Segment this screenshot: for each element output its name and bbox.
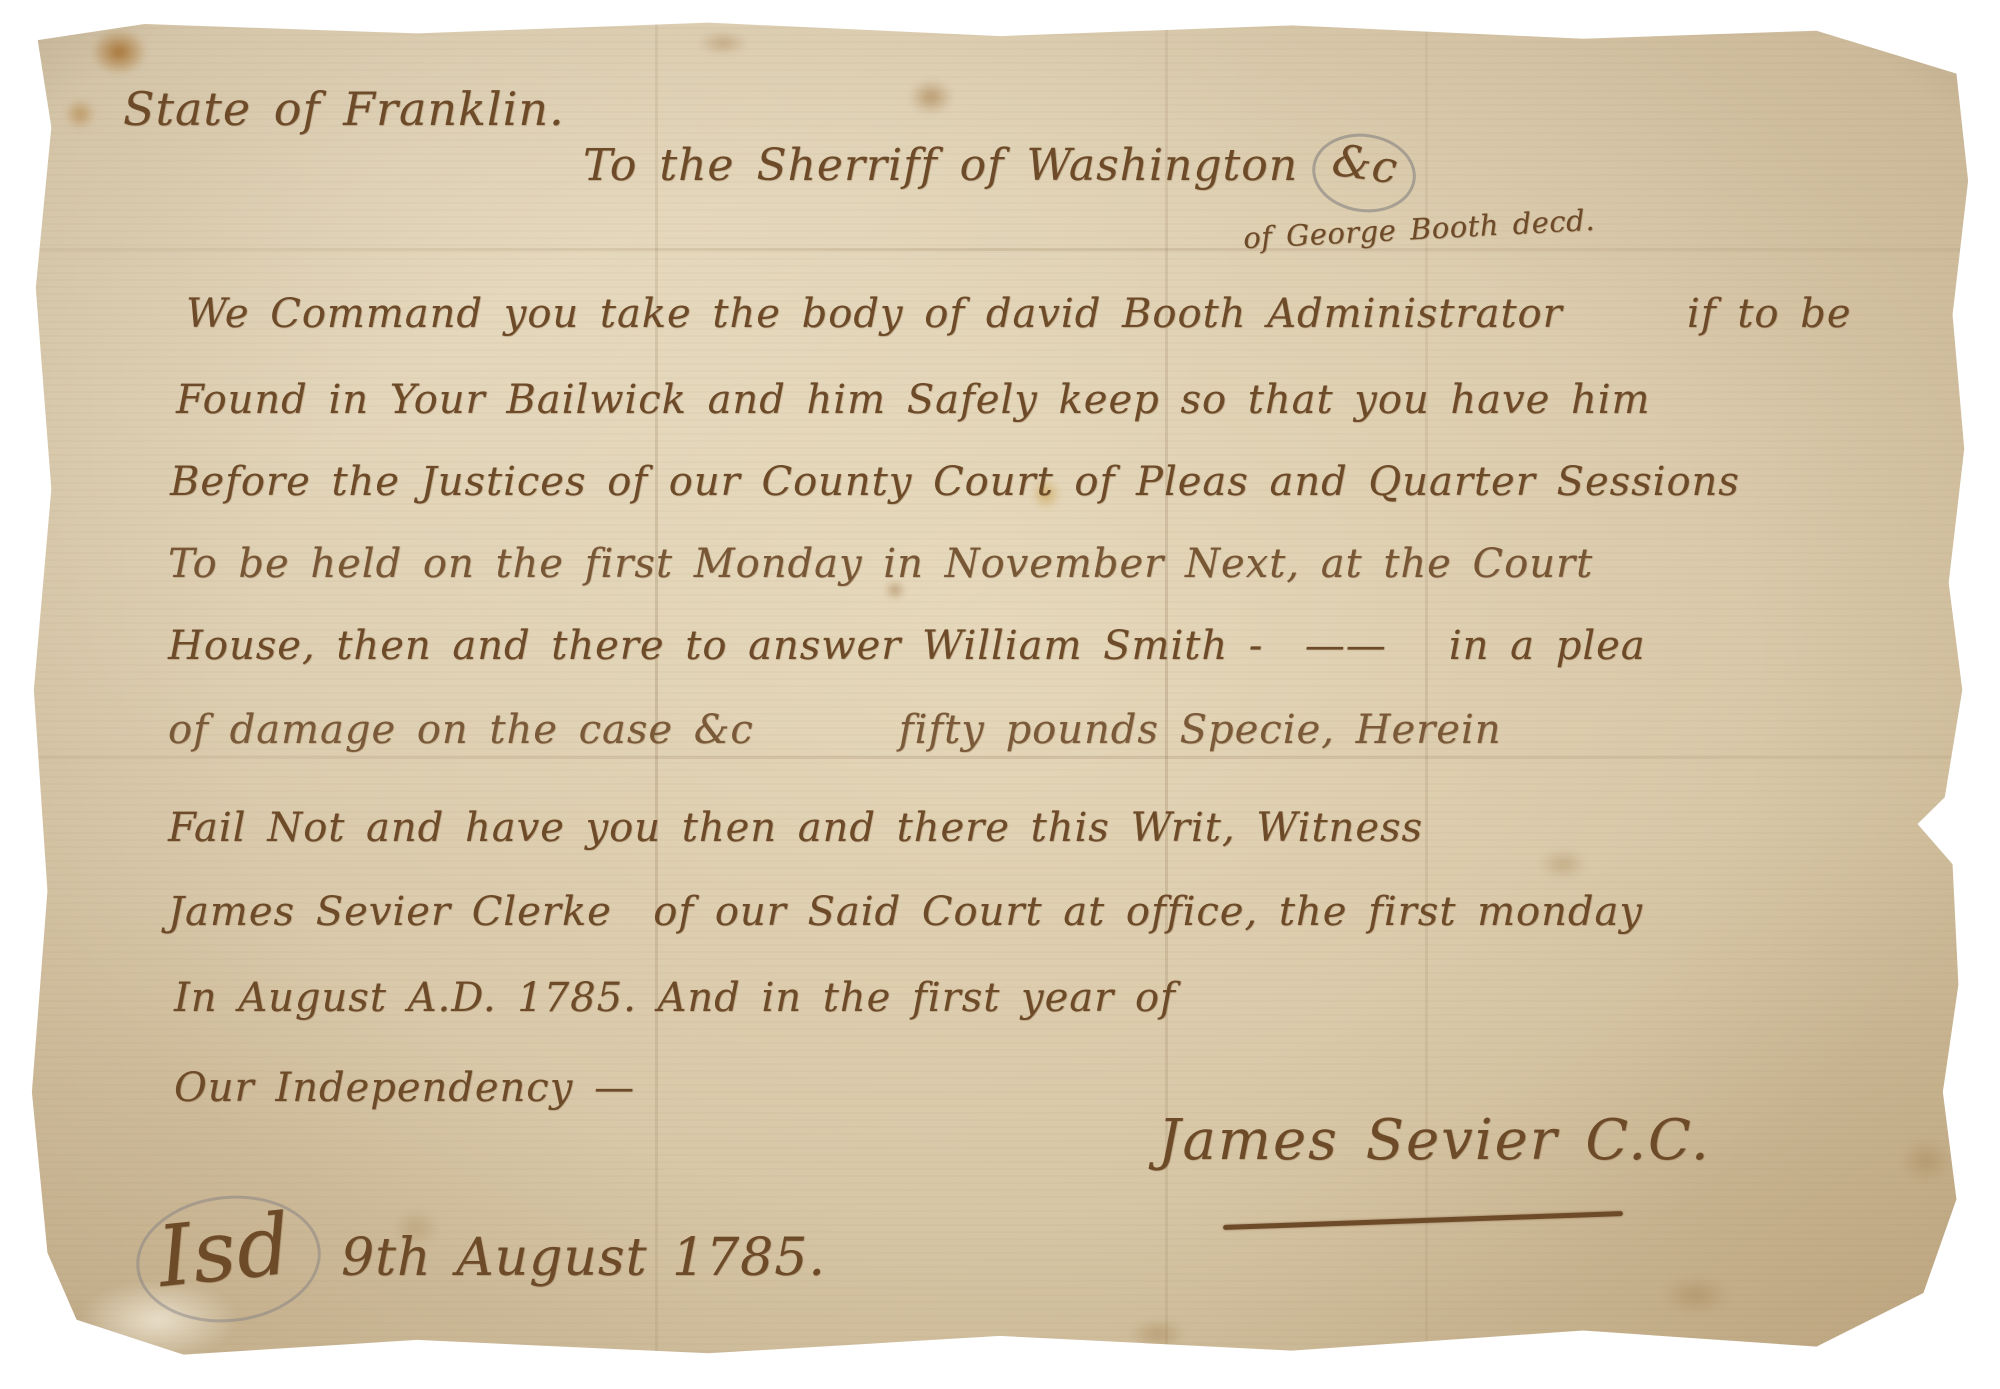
body-line-1: We Command you take the body of david Bo… <box>186 292 1852 336</box>
issued-abbreviation-circled: Isd <box>130 1187 327 1331</box>
stain-spot <box>1890 1130 1962 1192</box>
signature-flourish-underline <box>1223 1211 1623 1230</box>
body-line-9: In August A.D. 1785. And in the first ye… <box>174 976 1176 1020</box>
fold-crease-horizontal-2 <box>28 756 1972 759</box>
stain-spot <box>1118 1312 1198 1356</box>
stain-spot <box>1528 842 1598 886</box>
body-line-4: To be held on the first Monday in Novemb… <box>168 542 1593 586</box>
body-line-7: Fail Not and have you then and there thi… <box>168 806 1423 850</box>
body-line-5: House, then and there to answer William … <box>168 624 1646 668</box>
docket-line: Isd 9th August 1785. <box>136 1196 826 1322</box>
stain-spot <box>900 72 962 122</box>
photo-background: State of Franklin. To the Sherriff of Wa… <box>0 0 2000 1389</box>
body-line-10: Our Independency — <box>174 1066 635 1110</box>
salutation-etc: &c <box>1329 135 1401 195</box>
salutation-line: To the Sherriff of Washington &c <box>583 142 1416 212</box>
manuscript-paper: State of Franklin. To the Sherriff of Wa… <box>28 20 1972 1360</box>
salutation-text: To the Sherriff of Washington <box>583 142 1298 190</box>
fold-crease-horizontal-1 <box>28 248 1972 251</box>
stain-spot <box>80 20 158 84</box>
docket-date: 9th August 1785. <box>341 1230 826 1287</box>
stain-spot <box>1648 1268 1744 1322</box>
place-line: State of Franklin. <box>123 84 565 135</box>
clerk-signature: James Sevier C.C. <box>1158 1110 1711 1172</box>
stain-spot <box>688 26 758 60</box>
body-line-3: Before the Justices of our County Court … <box>170 460 1740 504</box>
pencil-circle-mark: &c <box>1307 127 1421 219</box>
fold-crease-vertical-1 <box>655 20 658 1360</box>
body-line-8: James Sevier Clerke of our Said Court at… <box>168 890 1643 934</box>
body-line-6: of damage on the case &c fifty pounds Sp… <box>168 708 1502 752</box>
stain-spot <box>58 92 102 136</box>
body-line-2: Found in Your Bailwick and him Safely ke… <box>176 378 1650 422</box>
